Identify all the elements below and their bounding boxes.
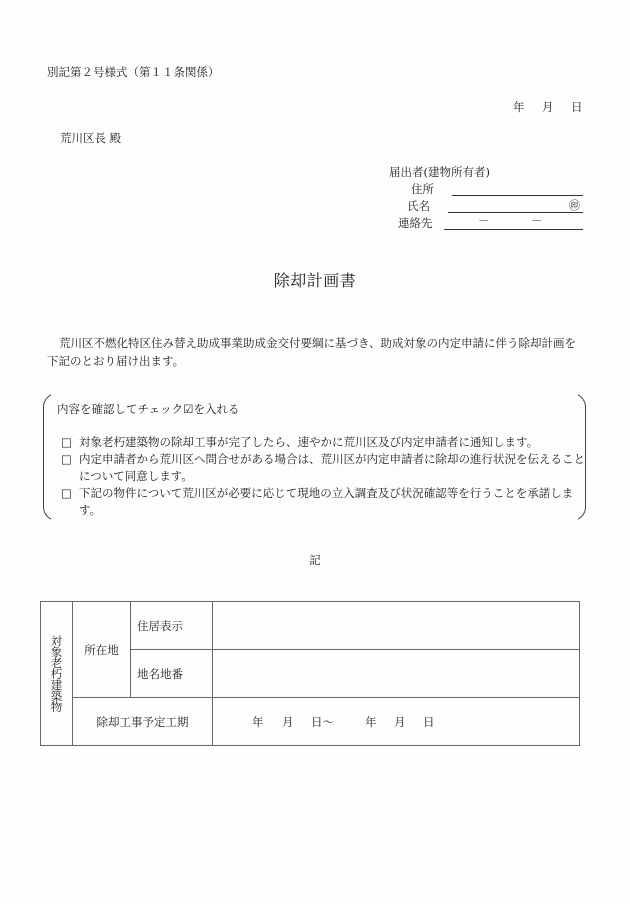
contact-label: 連絡先 [398, 218, 433, 230]
confirmation-heading: 内容を確認してチェック☑を入れる [57, 404, 239, 416]
contact-field[interactable] [444, 229, 583, 230]
addressee: 荒川区長 殿 [60, 133, 121, 145]
residence-label-cell: 住居表示 [131, 602, 213, 650]
period-input[interactable]: 年 月 日～ 年 月 日 [213, 698, 580, 746]
date-day-label: 日 [571, 99, 583, 115]
checkbox[interactable]: □ [61, 485, 72, 502]
date-year-label: 年 [513, 99, 525, 115]
document-title: 除却計画書 [0, 273, 630, 289]
residence-input[interactable] [213, 602, 580, 650]
ki-marker: 記 [0, 555, 630, 567]
name-label: 氏名 [407, 201, 430, 213]
building-table: 対象老朽建築物 所在地 住居表示 地名地番 除却工事予定工期 年 月 日～ 年 … [40, 601, 580, 746]
address-label: 住所 [411, 184, 434, 196]
period-label: 除却工事予定工期 [97, 715, 189, 729]
start-year-label: 年 [252, 714, 264, 730]
lot-label-cell: 地名地番 [131, 650, 213, 698]
intro-paragraph: 荒川区不燃化特区住み替え助成事業助成金交付要綱に基づき、助成対象の内定申請に伴う… [47, 334, 587, 370]
name-field[interactable] [448, 212, 583, 213]
period-label-cell: 除却工事予定工期 [73, 698, 213, 746]
location-label-cell: 所在地 [73, 602, 131, 698]
start-month-label: 月 [282, 714, 294, 730]
residence-label: 住居表示 [137, 619, 183, 633]
applicant-heading: 届出者(建物所有者) [389, 167, 490, 179]
location-label: 所在地 [84, 643, 119, 657]
lot-label: 地名地番 [137, 667, 183, 681]
contact-dash-2: － [531, 216, 543, 228]
end-month-label: 月 [394, 714, 406, 730]
address-field[interactable] [452, 195, 583, 196]
group-label: 対象老朽建築物 [50, 635, 62, 712]
confirmation-item-text: 対象老朽建築物の除却工事が完了したら、速やかに荒川区及び内定申請者に通知します。 [79, 434, 586, 451]
checkbox[interactable]: □ [61, 451, 72, 468]
start-day-label: 日～ [311, 714, 334, 730]
left-bracket [43, 393, 57, 521]
confirmation-item-text: 下記の物件について荒川区が必要に応じて現地の立入調査及び状況確認等を行うことを承… [79, 485, 586, 520]
form-reference: 別記第２号様式（第１１条関係） [47, 67, 220, 79]
end-day-label: 日 [423, 714, 435, 730]
confirmation-item-text: 内定申請者から荒川区へ問合せがある場合は、荒川区が内定申請者に除却の進行状況を伝… [79, 451, 586, 486]
group-label-cell: 対象老朽建築物 [41, 602, 73, 746]
contact-dash-1: － [478, 216, 490, 228]
seal-icon: ㊞ [569, 200, 580, 211]
checkbox[interactable]: □ [61, 434, 72, 451]
lot-input[interactable] [213, 650, 580, 698]
date-month-label: 月 [542, 99, 554, 115]
end-year-label: 年 [365, 714, 377, 730]
